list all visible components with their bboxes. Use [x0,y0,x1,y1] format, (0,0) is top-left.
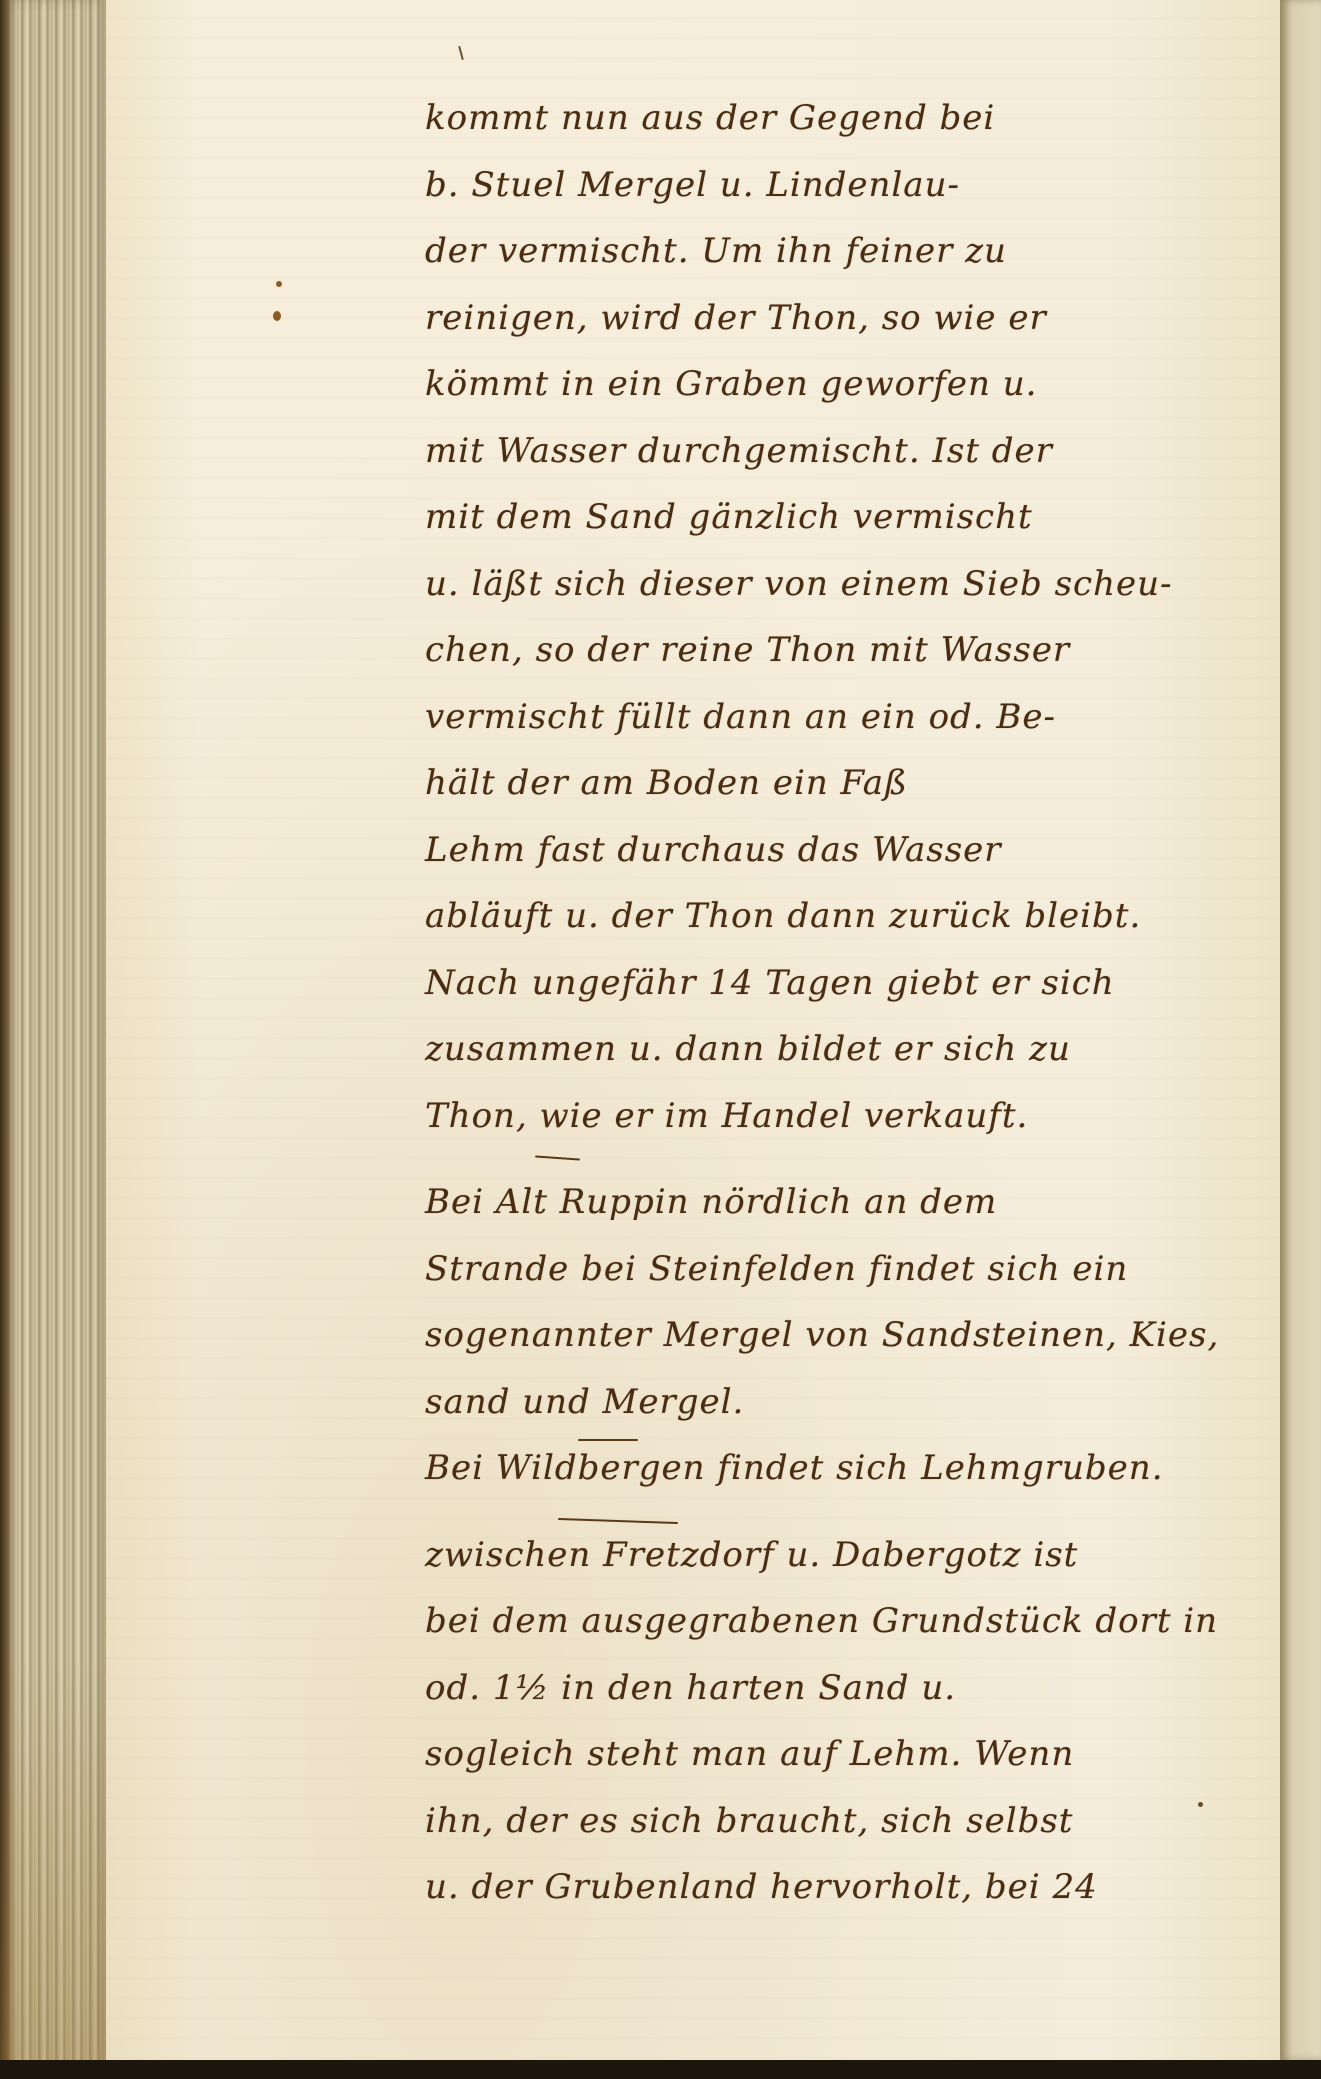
text-line: mit dem Sand gänzlich vermischt [425,484,1205,551]
text-line: Strande bei Steinfelden findet sich ein [425,1236,1205,1303]
text-line: zusammen u. dann bildet er sich zu [425,1016,1205,1083]
text-line: bei dem ausgegrabenen Grundstück dort in [425,1588,1205,1655]
handwritten-text: kommt nun aus der Gegend bei b. Stuel Me… [425,85,1205,1921]
text-line: hält der am Boden ein Faß [425,750,1205,817]
text-line: reinigen, wird der Thon, so wie er [425,285,1205,352]
text-line: ihn, der es sich braucht, sich selbst [425,1788,1205,1855]
book-gutter-next-page [1280,0,1321,2060]
text-line: sand und Mergel. [425,1369,1205,1436]
text-line: abläuft u. der Thon dann zurück bleibt. [425,883,1205,950]
ink-speck [273,311,281,321]
text-line: kömmt in ein Graben geworfen u. [425,351,1205,418]
text-line: u. läßt sich dieser von einem Sieb scheu… [425,551,1205,618]
text-line: Nach ungefähr 14 Tagen giebt er sich [425,950,1205,1017]
text-line: sogleich steht man auf Lehm. Wenn [425,1721,1205,1788]
book-page-edges [0,0,106,2079]
text-line: mit Wasser durchgemischt. Ist der [425,418,1205,485]
text-line: chen, so der reine Thon mit Wasser [425,617,1205,684]
text-line: Lehm fast durchaus das Wasser [425,817,1205,884]
text-line: u. der Grubenland hervorholt, bei 24 [425,1854,1205,1921]
scan-bottom-edge [0,2060,1321,2079]
text-line: Bei Wildbergen findet sich Lehmgruben. [425,1435,1205,1502]
ink-speck [276,281,282,287]
text-line: Thon, wie er im Handel verkauft. [425,1083,1205,1150]
manuscript-scan: kommt nun aus der Gegend bei b. Stuel Me… [0,0,1321,2079]
text-line: od. 1½ in den harten Sand u. [425,1655,1205,1722]
text-line: Bei Alt Ruppin nördlich an dem [425,1169,1205,1236]
section-divider [578,1439,638,1441]
text-line: der vermischt. Um ihn feiner zu [425,218,1205,285]
text-line: zwischen Fretzdorf u. Dabergotz ist [425,1522,1205,1589]
text-line: b. Stuel Mergel u. Lindenlau- [425,152,1205,219]
text-line: vermischt füllt dann an ein od. Be- [425,684,1205,751]
text-line: kommt nun aus der Gegend bei [425,85,1205,152]
text-line: sogenannter Mergel von Sandsteinen, Kies… [425,1302,1205,1369]
